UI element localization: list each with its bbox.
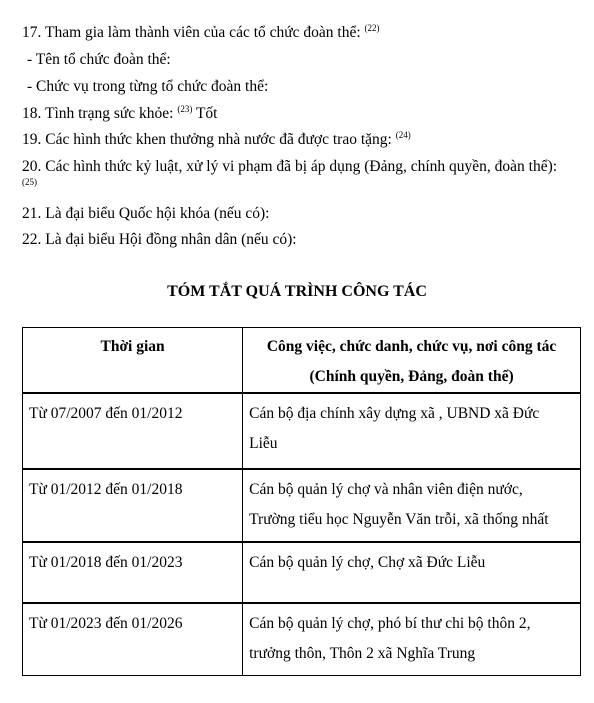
item-20: 20. Các hình thức kỷ luật, xử lý vi phạm… — [22, 158, 557, 176]
footnote-ref: (23) — [177, 104, 192, 114]
item-22: 22. Là đại biểu Hội đồng nhân dân (nếu c… — [22, 231, 297, 249]
cell-job: Cán bộ quản lý chợ, phó bí thư chi bộ th… — [243, 603, 581, 675]
cell-job-line2: trưởng thôn, Thôn 2 xã Nghĩa Trung — [249, 639, 574, 669]
item-17: 17. Tham gia làm thành viên của các tổ c… — [22, 24, 380, 42]
footnote-ref: (24) — [396, 130, 411, 140]
item-18: 18. Tình trạng sức khỏe: (23) Tốt — [22, 105, 217, 123]
table-row: Từ 01/2018 đến 01/2023 Cán bộ quản lý ch… — [23, 542, 581, 603]
footnote-ref: (25) — [22, 177, 37, 187]
cell-job-line1: Cán bộ quản lý chợ, Chợ xã Đức Liễu — [249, 548, 574, 578]
table-row: Từ 01/2023 đến 01/2026 Cán bộ quản lý ch… — [23, 603, 581, 675]
cell-job: Cán bộ địa chính xây dựng xã , UBND xã Đ… — [243, 393, 581, 469]
cell-job-line2: Trường tiểu học Nguyễn Văn trỗi, xã thốn… — [249, 505, 574, 535]
item-19-text: 19. Các hình thức khen thưởng nhà nước đ… — [22, 131, 396, 148]
cell-time: Từ 01/2018 đến 01/2023 — [23, 542, 243, 603]
table-row: Từ 01/2012 đến 01/2018 Cán bộ quản lý ch… — [23, 469, 581, 542]
header-job-line1: Công việc, chức danh, chức vụ, nơi công … — [249, 332, 574, 362]
footnote-ref: (22) — [365, 23, 380, 33]
cell-job-line2: Liễu — [249, 429, 574, 459]
work-history-table: Thời gian Công việc, chức danh, chức vụ,… — [22, 327, 581, 676]
table-header-row: Thời gian Công việc, chức danh, chức vụ,… — [23, 328, 581, 394]
item-17-position: - Chức vụ trong từng tổ chức đoàn thể: — [27, 78, 268, 96]
cell-job-line1: Cán bộ địa chính xây dựng xã , UBND xã Đ… — [249, 399, 574, 429]
item-17-org-name: - Tên tổ chức đoàn thể: — [27, 51, 171, 69]
header-job: Công việc, chức danh, chức vụ, nơi công … — [243, 328, 581, 394]
section-title: TÓM TẮT QUÁ TRÌNH CÔNG TÁC — [0, 283, 594, 301]
health-value: Tốt — [192, 105, 217, 122]
item-19: 19. Các hình thức khen thưởng nhà nước đ… — [22, 131, 411, 149]
cell-time: Từ 07/2007 đến 01/2012 — [23, 393, 243, 469]
cell-job: Cán bộ quản lý chợ, Chợ xã Đức Liễu — [243, 542, 581, 603]
item-17-text: 17. Tham gia làm thành viên của các tổ c… — [22, 24, 365, 41]
cell-time: Từ 01/2023 đến 01/2026 — [23, 603, 243, 675]
cell-job-line1: Cán bộ quản lý chợ, phó bí thư chi bộ th… — [249, 609, 574, 639]
table-row: Từ 07/2007 đến 01/2012 Cán bộ địa chính … — [23, 393, 581, 469]
cell-time: Từ 01/2012 đến 01/2018 — [23, 469, 243, 542]
cell-job: Cán bộ quản lý chợ và nhân viên điện nướ… — [243, 469, 581, 542]
item-18-text: 18. Tình trạng sức khỏe: — [22, 105, 177, 122]
item-21: 21. Là đại biểu Quốc hội khóa (nếu có): — [22, 205, 270, 223]
cell-job-line1: Cán bộ quản lý chợ và nhân viên điện nướ… — [249, 475, 574, 505]
header-job-line2: (Chính quyền, Đảng, đoàn thể) — [249, 362, 574, 392]
header-time: Thời gian — [23, 328, 243, 394]
